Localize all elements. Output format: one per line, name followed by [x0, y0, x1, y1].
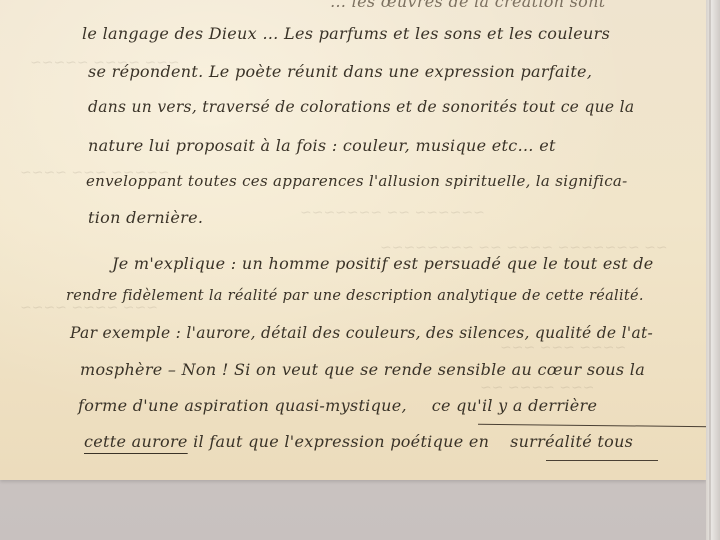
underline-rule [546, 460, 658, 461]
underlined-phrase: cette aurore [84, 432, 188, 451]
sleeve-line [709, 0, 711, 540]
text-line-4: dans un vers, traversé de colorations et… [88, 98, 634, 116]
text-line-13: cette aurore il faut que l'expression po… [84, 432, 633, 451]
handwritten-text: … les œuvres de la création sont le lang… [0, 0, 706, 480]
text-line-5: nature lui proposait à la fois : couleur… [88, 136, 556, 155]
underline-rule [478, 424, 710, 427]
text-line-2: le langage des Dieux … Les parfums et le… [82, 24, 610, 43]
underlined-phrase: ce qu'il y a derrière [432, 396, 598, 415]
text-line-3: se répondent. Le poète réunit dans une e… [88, 62, 592, 81]
text-line-6: enveloppant toutes ces apparences l'allu… [86, 172, 628, 190]
text-line-10: Par exemple : l'aurore, détail des coule… [70, 324, 653, 342]
text-line-7: tion dernière. [88, 208, 203, 227]
text-line-1: … les œuvres de la création sont [330, 0, 605, 11]
line-12-text: forme d'une aspiration quasi-mystique, [78, 396, 407, 415]
text-line-11: mosphère – Non ! Si on veut que se rende… [80, 360, 645, 379]
text-line-9: rendre fidèlement la réalité par une des… [66, 288, 644, 304]
text-line-8: Je m'explique : un homme positif est per… [112, 254, 654, 273]
underlined-phrase: surréalité [510, 432, 592, 451]
text-line-12: forme d'une aspiration quasi-mystique, c… [78, 396, 597, 415]
line-13-text: il faut que l'expression poétique en [193, 432, 489, 451]
line-13-end: tous [597, 432, 633, 451]
